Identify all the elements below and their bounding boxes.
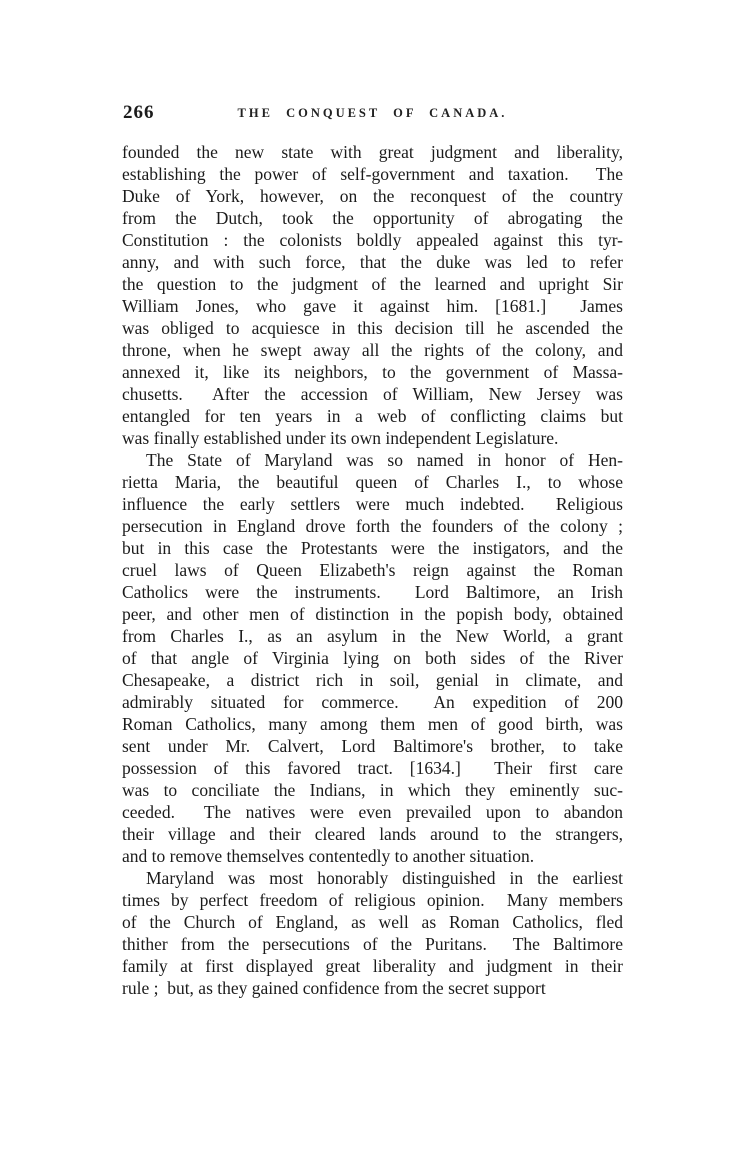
text-line: The State of Maryland was so named in ho…	[122, 449, 623, 471]
text-line: family at first displayed great liberali…	[122, 955, 623, 977]
text-line: sent under Mr. Calvert, Lord Baltimore's…	[122, 735, 623, 757]
page-header: 266 THE CONQUEST OF CANADA.	[122, 102, 623, 126]
text-line: anny, and with such force, that the duke…	[122, 251, 623, 273]
text-line: persecution in England drove forth the f…	[122, 515, 623, 537]
text-line: establishing the power of self-governmen…	[122, 163, 623, 185]
text-line: thither from the persecutions of the Pur…	[122, 933, 623, 955]
text-line: and to remove themselves contentedly to …	[122, 845, 623, 867]
paragraph: Maryland was most honorably distinguishe…	[122, 867, 623, 999]
text-line: William Jones, who gave it against him. …	[122, 295, 623, 317]
text-line: influence the early settlers were much i…	[122, 493, 623, 515]
text-line: throne, when he swept away all the right…	[122, 339, 623, 361]
text-line: entangled for ten years in a web of conf…	[122, 405, 623, 427]
text-line: Constitution : the colonists boldly appe…	[122, 229, 623, 251]
text-line: Roman Catholics, many among them men of …	[122, 713, 623, 735]
paragraph: founded the new state with great judgmen…	[122, 141, 623, 449]
text-line: chusetts. After the accession of William…	[122, 383, 623, 405]
text-line: possession of this favored tract. [1634.…	[122, 757, 623, 779]
text-line: founded the new state with great judgmen…	[122, 141, 623, 163]
text-line: of the Church of England, as well as Rom…	[122, 911, 623, 933]
text-line: the question to the judgment of the lear…	[122, 273, 623, 295]
text-line: from Charles I., as an asylum in the New…	[122, 625, 623, 647]
text-line: but in this case the Protestants were th…	[122, 537, 623, 559]
text-line: was obliged to acquiesce in this decisio…	[122, 317, 623, 339]
text-line: rietta Maria, the beautiful queen of Cha…	[122, 471, 623, 493]
page-number: 266	[123, 102, 155, 124]
text-line: their village and their cleared lands ar…	[122, 823, 623, 845]
text-line: Maryland was most honorably distinguishe…	[122, 867, 623, 889]
text-line: rule ; but, as they gained confidence fr…	[122, 977, 623, 999]
text-line: Duke of York, however, on the reconquest…	[122, 185, 623, 207]
text-line: Chesapeake, a district rich in soil, gen…	[122, 669, 623, 691]
text-line: of that angle of Virginia lying on both …	[122, 647, 623, 669]
running-title: THE CONQUEST OF CANADA.	[122, 102, 623, 121]
text-line: times by perfect freedom of religious op…	[122, 889, 623, 911]
text-line: ceeded. The natives were even prevailed …	[122, 801, 623, 823]
text-line: admirably situated for commerce. An expe…	[122, 691, 623, 713]
text-line: peer, and other men of distinction in th…	[122, 603, 623, 625]
text-line: Catholics were the instruments. Lord Bal…	[122, 581, 623, 603]
text-line: from the Dutch, took the opportunity of …	[122, 207, 623, 229]
text-line: cruel laws of Queen Elizabeth's reign ag…	[122, 559, 623, 581]
page-body: founded the new state with great judgmen…	[122, 141, 623, 999]
text-line: was to conciliate the Indians, in which …	[122, 779, 623, 801]
paragraph: The State of Maryland was so named in ho…	[122, 449, 623, 867]
text-line: was finally established under its own in…	[122, 427, 623, 449]
text-line: annexed it, like its neighbors, to the g…	[122, 361, 623, 383]
scanned-book-page: 266 THE CONQUEST OF CANADA. founded the …	[0, 0, 744, 1162]
